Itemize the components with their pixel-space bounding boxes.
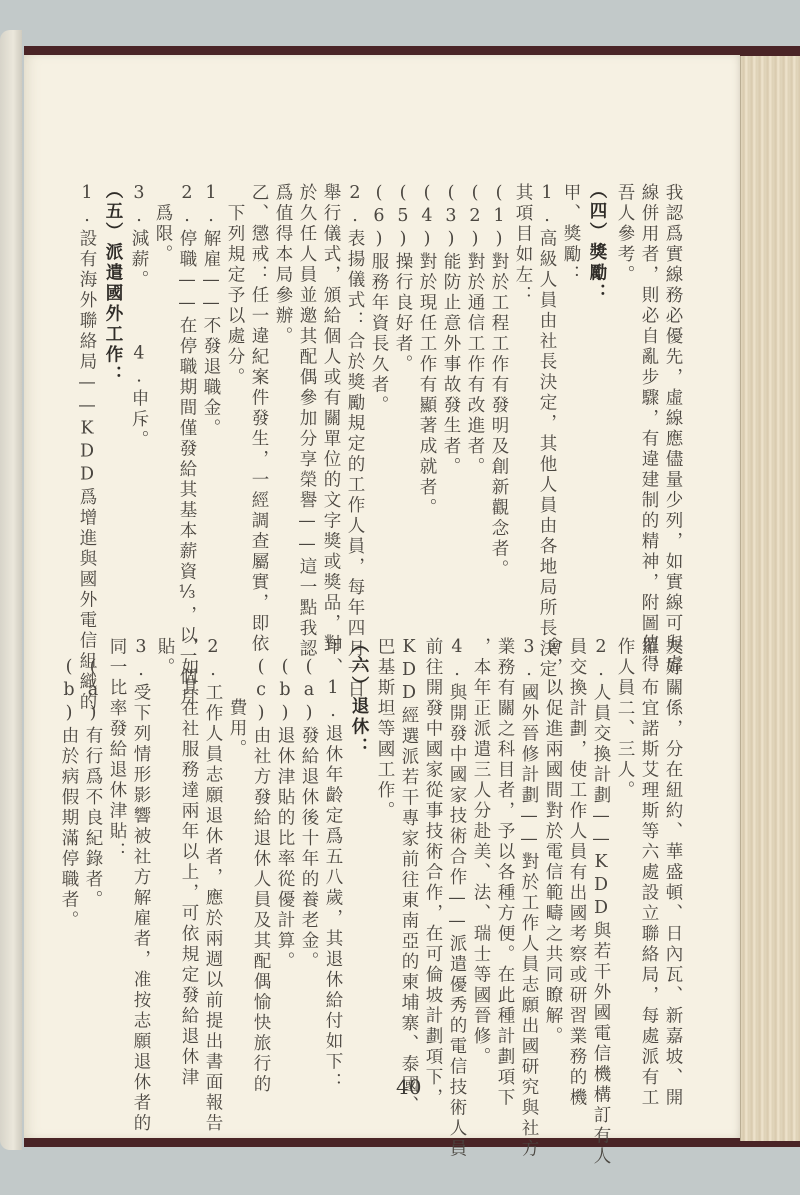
discipline-line-2: 下列規定予以處分。 [223,183,246,388]
penalty-pay-cut-and-reprimand: 3.減薪。 4.申斥。 [127,183,150,451]
facing-page-edge [0,30,22,1150]
exchange-program-line-3: 會，以促進兩國間對於電信範疇之共同瞭解。 [541,637,564,1047]
section-5-heading: （五）派遣國外工作： [101,181,124,386]
retirement-benefit-c: (c)由社方發給退休人員及其配偶愉快旅行的 [249,657,272,1095]
dismissal-case-a: (a)有行爲不良紀錄者。 [81,657,104,911]
ceremony-line-4: 爲值得本局參辦。 [271,183,294,347]
tech-cooperation-line-3: KDD經選派若干專家前往東南亞的柬埔寨、泰國、 [397,637,420,1116]
book-page: 我認爲實線務必優先，虛線應儘量少列，如實線可與虛 線併用者，則必自亂步驟，有違建… [24,55,740,1138]
study-abroad-line-3: ，本年正派遣三人分赴美、法、瑞士等國晉修。 [469,637,492,1068]
penalty-suspension-line-2: 爲限。 [151,183,174,265]
tech-cooperation-line-2: 前往開發中國家從事技術合作，在可倫坡計劃項下， [421,637,444,1109]
reward-heading: 甲、獎勵： [559,183,582,286]
reward-item-1-line-2: 其項目如左： [511,183,534,306]
reward-criterion-2: (2)對於通信工作有改進者。 [463,183,486,478]
exchange-program-line-1: 2.人員交換計劃——KDD與若干外國電信機構訂有人 [589,637,612,1167]
dismissal-retirement-line-2: 同一比率發給退休津貼： [105,637,128,863]
reward-criterion-1: (1)對於工程工作有發明及創新觀念者。 [487,183,510,580]
reward-criterion-5: (5)操行良好者。 [391,183,414,375]
section-6-heading: （六）退休： [347,635,370,758]
overseas-office-line-2: 友好關係，分在紐約、華盛頓、日內瓦、新嘉坡、開 [661,637,684,1109]
voluntary-retirement-line-3: 貼。 [153,637,176,678]
reward-item-1-line-1: 1.高級人員由社長決定，其他人員由各地局所長決定， [535,183,558,701]
book-cover-bottom [24,1137,800,1147]
page-stack-edge [740,56,800,1141]
intro-line-3: 吾人參考。 [613,183,636,286]
exchange-program-line-2: 員交換計劃，使工作人員有出國考察或研習業務的機 [565,637,588,1109]
voluntary-retirement-line-2: ，如其在社服務達兩年以上，可依規定發給退休津 [177,637,200,1088]
page-number: 40 [396,1075,421,1099]
penalty-dismissal: 1.解雇——不發退職金。 [199,183,222,439]
ceremony-line-3: 於久任人員並邀其配偶參加分享榮譽——這一點我認 [295,183,318,660]
retirement-benefit-b: (b)退休津貼的比率從優計算。 [273,657,296,972]
reward-criterion-3: (3)能防止意外事故發生者。 [439,183,462,478]
retirement-age-line: 甲、1.退休年齡定爲五八歲，其退休給付如下： [321,637,344,1093]
retirement-benefit-c-cont: 費用。 [225,657,248,760]
tech-cooperation-line-4: 巴基斯坦等國工作。 [373,637,396,822]
intro-line-2: 線併用者，則必自亂步驟，有違建制的精神，附圖值得 [637,183,660,675]
section-4-heading: （四）獎勵： [585,181,608,304]
discipline-line-1: 乙、懲戒：任一違紀案件發生，一經調查屬實，即依 [247,183,270,655]
ceremony-line-1: 2.表揚儀式：合於獎勵規定的工作人員，每年四月一日 [343,183,366,701]
dismissal-case-b: (b)由於病假期滿停職者。 [57,657,80,931]
voluntary-retirement-line-1: 2.工作人員志願退休者，應於兩週以前提出書面報告 [201,637,224,1134]
reward-criterion-6: (6)服務年資長久者。 [367,183,390,416]
study-abroad-line-2: 業務有關之科目者，予以各種方便。在此種計劃項下 [493,637,516,1109]
ceremony-line-2: 舉行儀式，頒給個人或有關單位的文字獎或獎品，對 [319,183,342,655]
retirement-benefit-a: (a)發給退休後十年的養老金。 [297,657,320,972]
study-abroad-line-1: 3.國外晉修計劃——對於工作人員志願出國研究與社方 [517,637,540,1160]
overseas-office-line-3: 羅、布宜諾斯艾理斯等六處設立聯絡局，每處派有工 [637,637,660,1109]
dismissal-retirement-line-1: 3.受下列情形影響被社方解雇者，准按志願退休者的 [129,637,152,1134]
reward-criterion-4: (4)對於現任工作有顯著成就者。 [415,183,438,519]
overseas-office-line-4: 作人員二、三人。 [613,637,636,801]
tech-cooperation-line-1: 4.與開發中國家技術合作——派遣優秀的電信技術人員 [445,637,468,1160]
overseas-office-line-1: 1.設有海外聯絡局——KDD爲增進與國外電信組織的 [75,183,98,713]
intro-line-1: 我認爲實線務必優先，虛線應儘量少列，如實線可與虛 [661,183,684,675]
penalty-suspension-line-1: 2.停職——在停職期間僅發給其基本薪資⅓，以一個月 [175,183,198,708]
